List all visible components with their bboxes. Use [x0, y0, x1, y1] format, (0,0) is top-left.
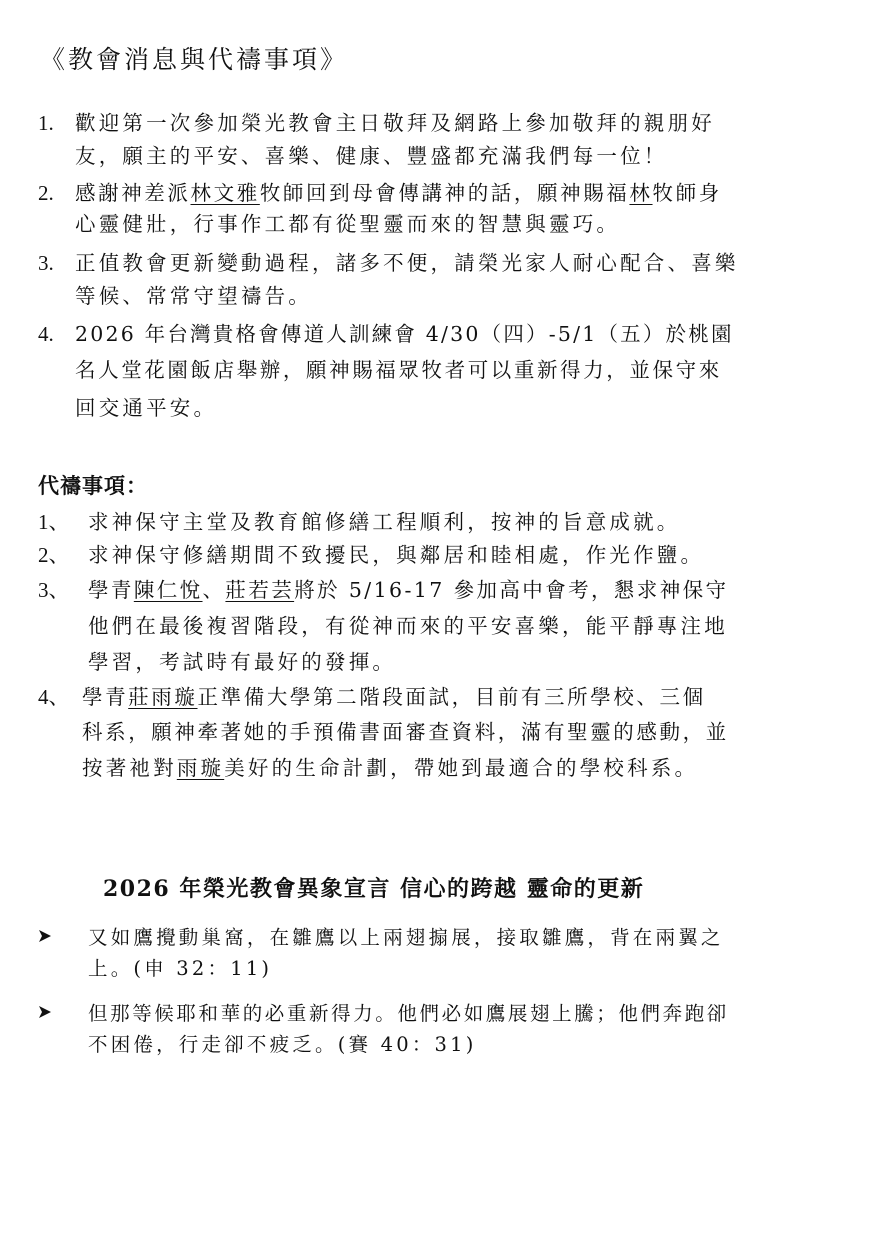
text-segment: 牧師回到母會傳講神的話，願神賜福	[260, 181, 630, 205]
item-text-line: 學青莊雨璇正準備大學第二階段面試，目前有三所學校、三個	[82, 683, 706, 711]
item-text-line: 回交通平安。	[75, 394, 217, 422]
item-number: 1.	[38, 109, 54, 137]
item-text-line: 學青陳仁悅、莊若芸將於 5/16-17 參加高中會考，懇求神保守	[88, 576, 728, 604]
item-number: 4.	[38, 320, 54, 348]
verse-text-line: 又如鷹攪動巢窩，在雛鷹以上兩翅搧展，接取雛鷹，背在兩翼之	[88, 924, 724, 952]
item-number: 2.	[38, 179, 54, 207]
pastor-name: 林文雅	[191, 181, 260, 205]
item-text-line: 感謝神差派林文雅牧師回到母會傳講神的話，願神賜福林牧師身	[75, 179, 722, 207]
text-segment: 學青	[88, 578, 134, 602]
item-number: 3.	[38, 249, 54, 277]
item-number: 3、	[38, 576, 70, 604]
text-segment: 、	[203, 578, 226, 602]
item-text-line: 求神保守修繕期間不致擾民，與鄰居和睦相處，作光作鹽。	[88, 541, 704, 569]
item-number: 2、	[38, 541, 70, 569]
verse-text-line: 不困倦，行走卻不疲乏。(賽 40：31)	[88, 1031, 477, 1059]
item-number: 1、	[38, 508, 70, 536]
text-segment: 按著祂對	[82, 756, 177, 780]
verse-text-line: 上。(申 32：11)	[88, 955, 272, 983]
item-number: 4、	[38, 683, 70, 711]
text-segment: 牧師身	[653, 181, 722, 205]
verse-text-line: 但那等候耶和華的必重新得力。他們必如鷹展翅上騰；他們奔跑卻	[88, 1000, 729, 1028]
item-text-line: 按著祂對雨璇美好的生命計劃，帶她到最適合的學校科系。	[82, 754, 698, 782]
text-segment: 美好的生命計劃，帶她到最適合的學校科系。	[224, 756, 698, 780]
student-name: 陳仁悅	[134, 578, 203, 602]
text-segment: 學青	[82, 685, 128, 709]
text-segment: 感謝神差派	[75, 181, 191, 205]
item-text-line: 名人堂花園飯店舉辦，願神賜福眾牧者可以重新得力，並保守來	[75, 356, 722, 384]
item-text-line: 2026 年台灣貴格會傳道人訓練會 4/30（四）-5/1（五）於桃園	[75, 320, 734, 348]
student-name: 雨璇	[177, 756, 224, 780]
pastor-surname: 林	[629, 181, 652, 205]
item-text-line: 求神保守主堂及教育館修繕工程順利，按神的旨意成就。	[88, 508, 681, 536]
arrowhead-bullet-icon	[38, 1000, 52, 1028]
item-text-line: 學習，考試時有最好的發揮。	[88, 648, 396, 676]
item-text-line: 他們在最後複習階段，有從神而來的平安喜樂，能平靜專注地	[88, 612, 728, 640]
text-segment: 將於 5/16-17 參加高中會考，懇求神保守	[294, 578, 728, 602]
arrowhead-bullet-icon	[38, 924, 52, 952]
prayer-section-heading: 代禱事項：	[38, 472, 148, 500]
text-segment: 正準備大學第二階段面試，目前有三所學校、三個	[198, 685, 706, 709]
student-name: 莊雨璇	[128, 685, 197, 709]
item-text-line: 科系，願神牽著她的手預備書面審查資料，滿有聖靈的感動，並	[82, 718, 729, 746]
student-name: 莊若芸	[225, 578, 294, 602]
item-text-line: 歡迎第一次參加榮光教會主日敬拜及網路上參加敬拜的親朋好	[75, 109, 715, 137]
item-text-line: 正值教會更新變動過程，諸多不便，請榮光家人耐心配合、喜樂	[75, 249, 739, 277]
page-title: 《教會消息與代禱事項》	[40, 40, 348, 76]
item-text-line: 心靈健壯，行事作工都有從聖靈而來的智慧與靈巧。	[75, 210, 620, 238]
item-text-line: 等候、常常守望禱告。	[75, 282, 312, 310]
item-text-line: 友，願主的平安、喜樂、健康、豐盛都充滿我們每一位！	[75, 142, 668, 170]
vision-heading: 2026 年榮光教會異象宣言 信心的跨越 靈命的更新	[103, 874, 644, 904]
